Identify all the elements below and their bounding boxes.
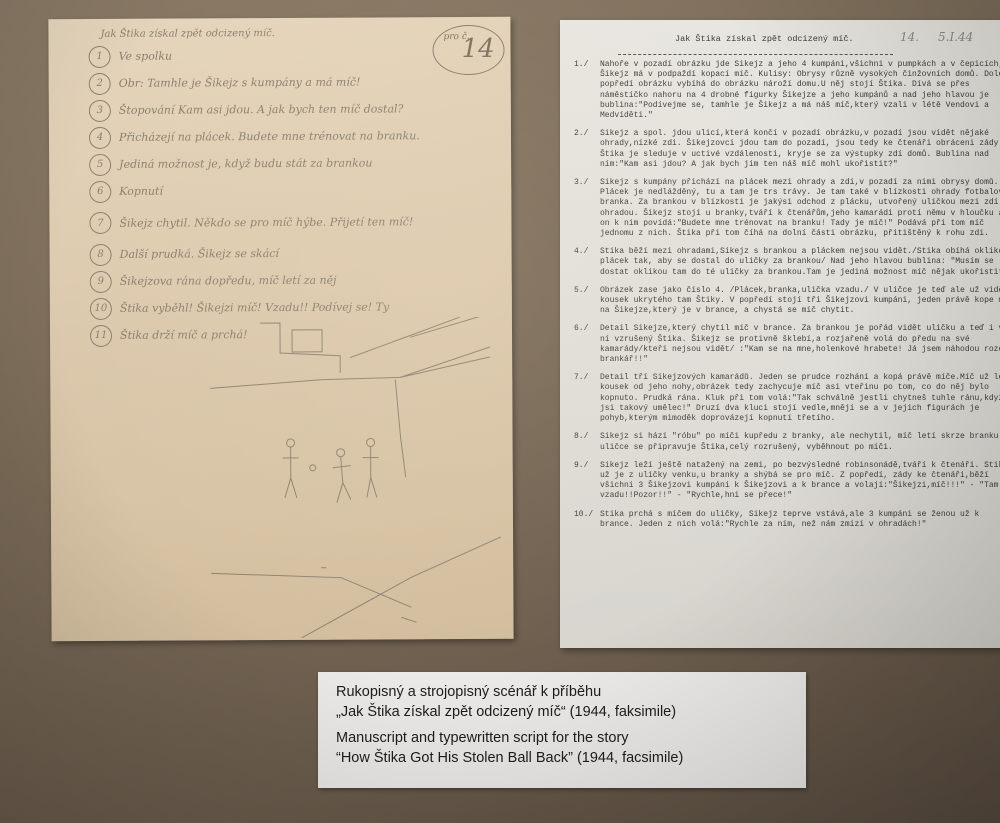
scene-paragraph: 7./Detail tří Šikejzových kamarádů. Jede… [574, 373, 1000, 424]
caption-english-line-1: Manuscript and typewritten script for th… [336, 730, 629, 746]
handwritten-line: 6Kopnutí [89, 176, 509, 205]
typewritten-title: Jak Štika získal zpět odcizený míč. [675, 34, 854, 44]
handwritten-line: 9Šikejzova rána dopředu, míč letí za něj [90, 266, 510, 295]
caption-czech-line-2: „Jak Štika získal zpět odcizený míč“ (19… [336, 704, 676, 720]
handwritten-script-page: Jak Štika získal zpět odcizený míč. pro … [48, 17, 513, 641]
date-annotation: 5.I.44 [938, 30, 973, 44]
handwritten-title: Jak Štika získal zpět odcizený míč. [100, 28, 274, 40]
handwritten-line: 2Obr: Tamhle je Šikejz s kumpány a má mí… [89, 68, 509, 97]
scene-paragraph: 4./Štika běží mezi ohradami,Šikejz s bra… [574, 247, 1000, 278]
handwritten-line: 4Přicházejí na plácek. Budete mne trénov… [89, 122, 509, 151]
typewritten-script-page: Jak Štika získal zpět odcizený míč. 14. … [560, 20, 1000, 648]
handwritten-line: 3Štopování Kam asi jdou. A jak bych ten … [89, 95, 509, 124]
scene-paragraph: 3./Šikejz s kumpány přichází na plácek m… [574, 178, 1000, 239]
scene-paragraph: 2./Šikejz a spol. jdou ulicí,která končí… [574, 129, 1000, 170]
handwritten-line: 1Ve spolku [88, 41, 508, 70]
handwritten-line: 5Jediná možnost je, když budu stát za br… [89, 149, 509, 178]
scene-paragraph: 9./Šikejz leží ještě natažený na zemi, p… [574, 461, 1000, 502]
page-annotation: 14. [900, 30, 919, 44]
scene-paragraph: 10./Štika prchá s míčem do uličky, Šikej… [574, 510, 1000, 530]
scene-paragraph: 5./Obrázek zase jako číslo 4. /Plácek,br… [574, 286, 1000, 317]
pencil-sketch-illustration [200, 317, 502, 639]
scene-paragraph: 8./Šikejz si hází "róbu" po míči kupředu… [574, 432, 1000, 452]
scene-paragraph: 6./Detail Šikejze,který chytil míč v bra… [574, 324, 1000, 365]
handwritten-line: 8Další prudká. Šikejz se skácí [90, 239, 510, 268]
handwritten-scene-list: 1Ve spolku 2Obr: Tamhle je Šikejz s kump… [88, 41, 510, 349]
caption-czech-line-1: Rukopisný a strojopisný scénář k příběhu [336, 684, 601, 700]
handwritten-line: 7Šikejz chytil. Někdo se pro míč hýbe. P… [89, 203, 509, 241]
title-underline [618, 54, 893, 55]
typewritten-scene-list: 1./Nahoře v pozadí obrázku jde Šikejz a … [574, 60, 1000, 538]
exhibit-caption-label: Rukopisný a strojopisný scénář k příběhu… [318, 672, 806, 788]
caption-english-line-2: “How Štika Got His Stolen Ball Back” (19… [336, 750, 683, 766]
scene-paragraph: 1./Nahoře v pozadí obrázku jde Šikejz a … [574, 60, 1000, 121]
